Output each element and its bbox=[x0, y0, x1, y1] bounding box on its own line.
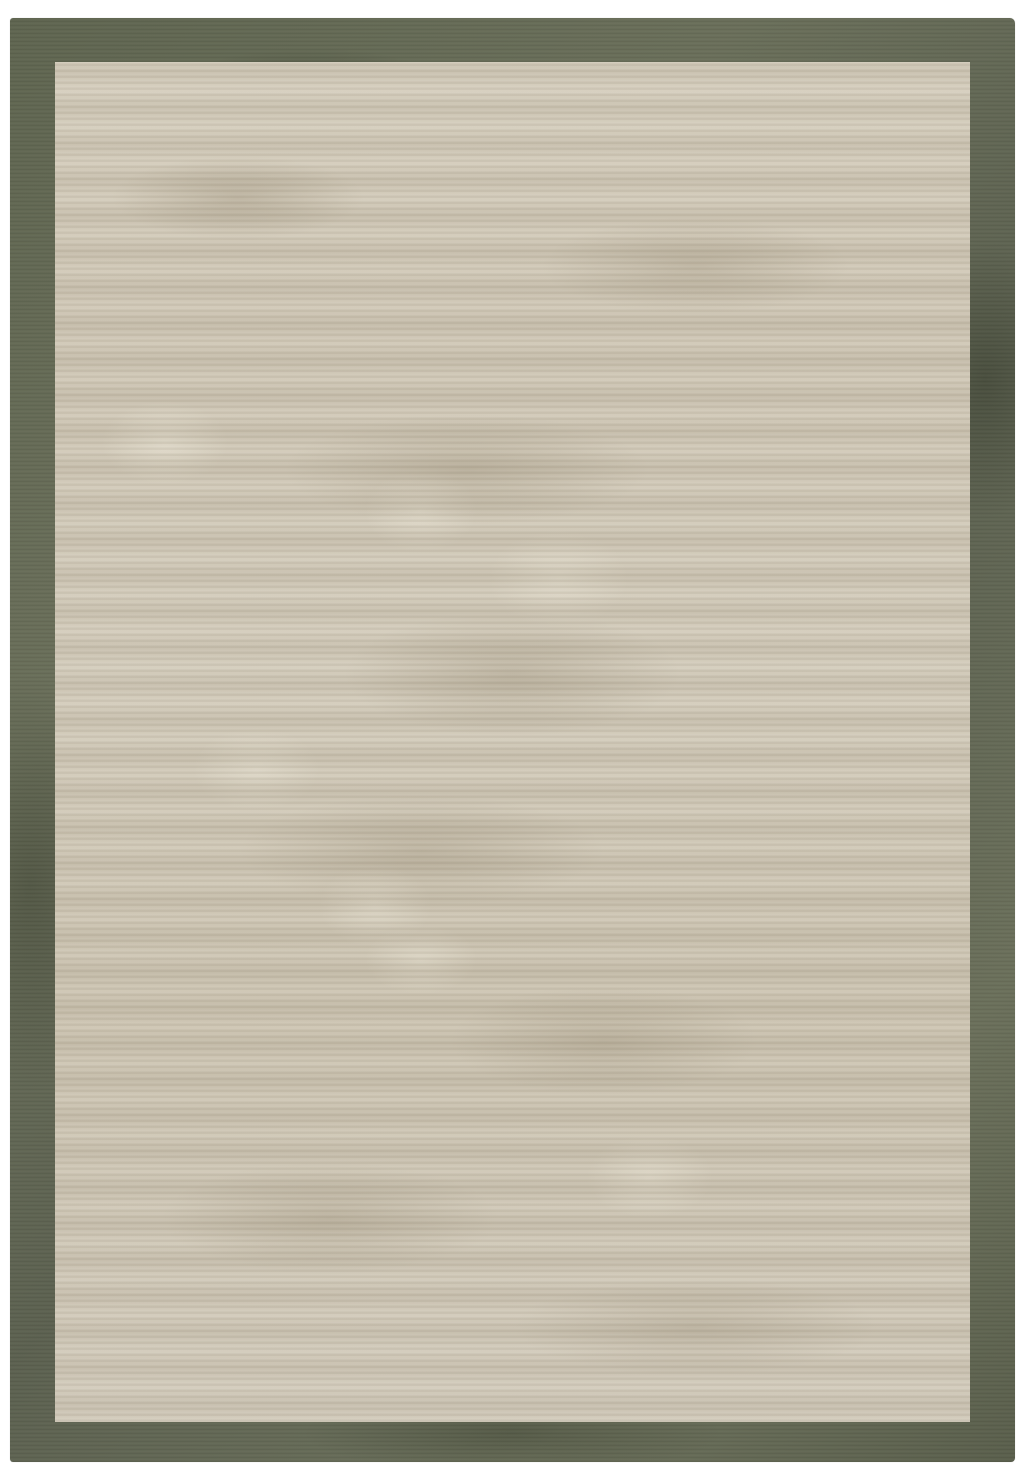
rug-field bbox=[55, 62, 970, 1422]
rug bbox=[10, 18, 1015, 1462]
product-photo bbox=[0, 0, 1024, 1479]
